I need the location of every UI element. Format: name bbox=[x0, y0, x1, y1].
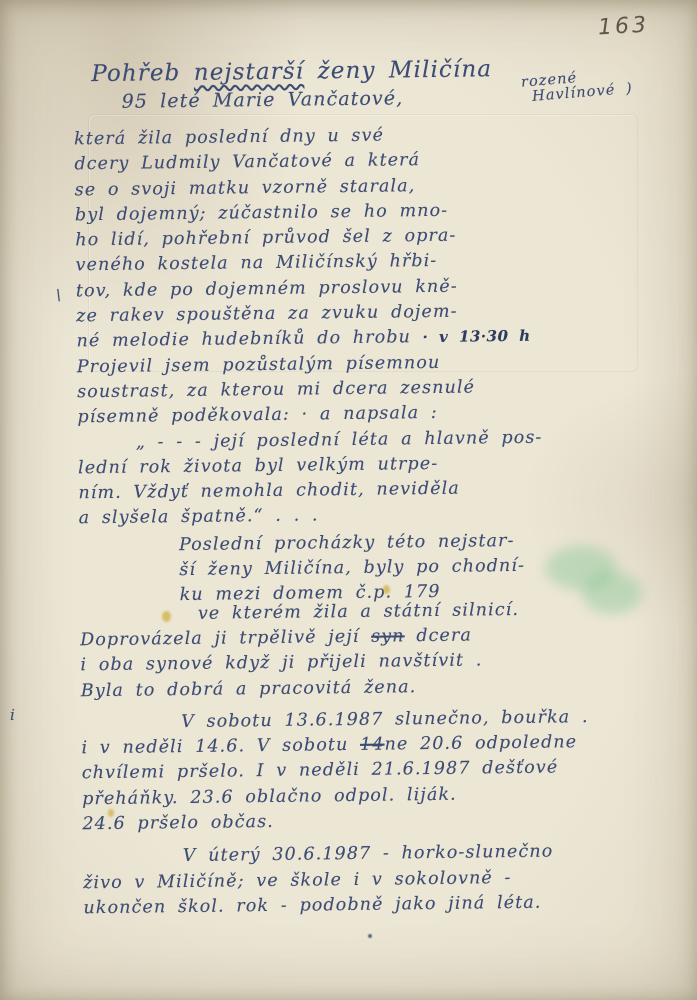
text-segment: ukončen škol. rok - podobně jako jiná lé… bbox=[83, 893, 541, 919]
text-segment: i oba synové když ji přijeli navštívit . bbox=[80, 651, 482, 676]
text-segment: písemně poděkovala: · a napsala : bbox=[77, 403, 438, 427]
text-segment: „ - - - její poslední léta a hlavně pos- bbox=[136, 427, 543, 452]
text-segment: Projevil jsem pozůstalým písemnou bbox=[77, 353, 441, 377]
margin-mark: \ bbox=[56, 286, 62, 304]
text-segment: 24.6 pršelo občas. bbox=[82, 812, 274, 834]
text-segment: dcery Ludmily Vančatové a která bbox=[74, 150, 420, 174]
text-segment: Byla to dobrá a pracovitá žena. bbox=[81, 677, 417, 701]
text-segment: V sobotu 13.6.1987 slunečno, bouřka . bbox=[181, 707, 589, 732]
text-segment: lední rok života byl velkým utrpe- bbox=[78, 454, 438, 478]
crossed-out-word: syn bbox=[371, 626, 405, 646]
text-segment: se o svoji matku vzorně starala, bbox=[75, 176, 416, 200]
manuscript-page: 163 Pohřeb nejstarší ženy Miličína 95 le… bbox=[0, 0, 697, 1000]
text-segment: a slyšela špatně.“ . . . bbox=[79, 506, 319, 529]
text-segment: Poslední procházky této nejstar- bbox=[179, 531, 515, 555]
subtitle-line: 95 leté Marie Vančatové, rozenéHavlínové… bbox=[121, 84, 658, 127]
text-segment: přeháňky. 23.6 oblačno odpol. liják. bbox=[82, 784, 457, 809]
title-part-post: ženy Miličína bbox=[304, 56, 492, 84]
manuscript-lines: která žila poslední dny u svédcery Ludmi… bbox=[74, 120, 669, 921]
subtitle-insertion: rozenéHavlínové ) bbox=[520, 67, 633, 106]
text-segment: ve kterém žila a státní silnicí. bbox=[198, 600, 519, 624]
text-segment: ním. Vždyť nemohla chodit, neviděla bbox=[78, 479, 460, 504]
text-segment: která žila poslední dny u své bbox=[74, 126, 384, 150]
text-segment: né melodie hudebníků do hrobu bbox=[76, 327, 422, 351]
manuscript-content: Pohřeb nejstarší ženy Miličína 95 leté M… bbox=[0, 0, 697, 922]
text-segment: i v neděli 14.6. V sobotu bbox=[81, 735, 360, 758]
text-segment: soustrast, za kterou mi dcera zesnulé bbox=[77, 377, 475, 402]
text-segment: Doprovázela ji trpělivě její bbox=[80, 627, 371, 651]
text-segment: ší ženy Miličína, byly po chodní- bbox=[179, 556, 525, 580]
subtitle-main: 95 leté Marie Vančatové, bbox=[121, 87, 403, 112]
time-note: · v 13·30 h bbox=[423, 327, 531, 346]
crossed-out-word: 14 bbox=[360, 735, 385, 755]
text-segment: chvílemi pršelo. I v neděli 21.6.1987 de… bbox=[82, 758, 559, 784]
text-segment: V úterý 30.6.1987 - horko-slunečno bbox=[183, 842, 554, 867]
ink-stain bbox=[368, 934, 372, 938]
text-segment: tov, kde po dojemném proslovu kně- bbox=[76, 276, 458, 301]
text-segment: byl dojemný; zúčastnilo se ho mno- bbox=[75, 201, 448, 226]
text-segment: živo v Miličíně; ve škole i v sokolovně … bbox=[83, 868, 512, 893]
text-segment: dcera bbox=[404, 625, 472, 646]
text-segment: ho lidí, pohřební průvod šel z opra- bbox=[75, 226, 456, 251]
text-segment: ne 20.6 odpoledne bbox=[384, 732, 577, 754]
title-part-underlined: nejstarší bbox=[194, 59, 305, 86]
text-segment: ze rakev spouštěna za zvuku dojem- bbox=[76, 302, 458, 327]
title-part-pre: Pohřeb bbox=[91, 60, 194, 87]
margin-mark: i bbox=[10, 706, 16, 724]
text-segment: veného kostela na Miličínský hřbi- bbox=[75, 251, 437, 275]
